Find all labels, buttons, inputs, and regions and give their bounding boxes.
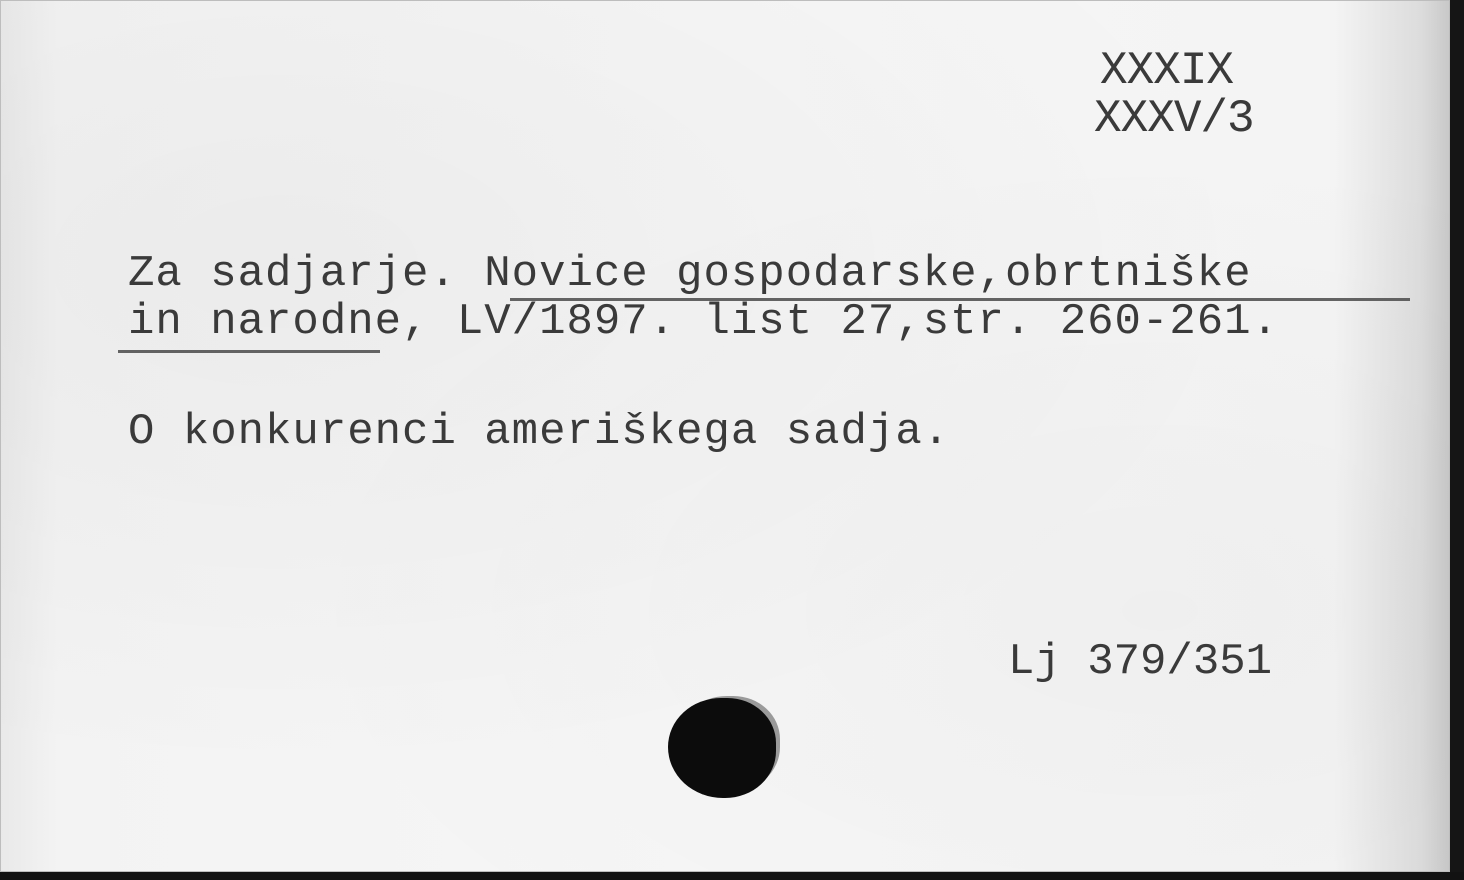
underline-divider xyxy=(118,350,380,353)
citation-line-1: Za sadjarje. Novice gospodarske,obrtnišk… xyxy=(128,250,1252,298)
scan-edge-right xyxy=(1450,0,1464,880)
scan-edge-bottom xyxy=(0,872,1464,880)
summary-text: O konkurenci ameriškega sadja. xyxy=(128,408,950,456)
shelfmark: Lj 379/351 xyxy=(1008,638,1272,686)
punch-hole-icon xyxy=(668,698,776,798)
call-number-line-2: XXXV/3 xyxy=(1094,96,1254,142)
citation-line-2: in narodne, LV/1897. list 27,str. 260-26… xyxy=(128,298,1279,346)
call-number-line-1: XXXIX xyxy=(1100,48,1233,94)
catalog-card: XXXIX XXXV/3 Za sadjarje. Novice gospoda… xyxy=(0,0,1450,872)
